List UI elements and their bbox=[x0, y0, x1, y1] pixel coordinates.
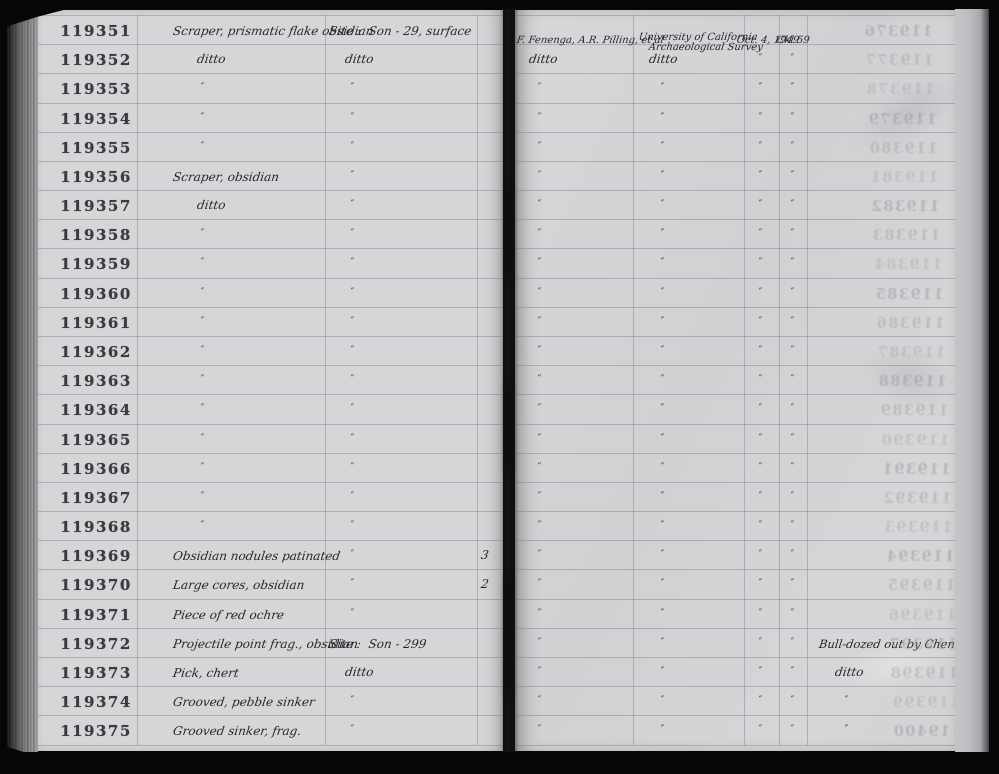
date: ″ bbox=[748, 170, 774, 181]
catalog-number: 119351 bbox=[50, 22, 142, 40]
photo-frame-top bbox=[0, 0, 999, 9]
site: ″ bbox=[340, 141, 366, 152]
institution: ditto bbox=[648, 52, 678, 67]
rule-line bbox=[38, 219, 503, 220]
rule-line bbox=[38, 365, 503, 366]
bleed-through-number: 119397 bbox=[881, 636, 965, 653]
description: ″ bbox=[190, 403, 216, 414]
bleed-through-number: 119394 bbox=[878, 548, 962, 565]
description: ditto bbox=[196, 198, 226, 213]
catalog-number: 119355 bbox=[50, 139, 142, 157]
rule-line bbox=[38, 569, 503, 570]
catalog-note: ″ bbox=[780, 199, 806, 210]
institution: ″ bbox=[650, 520, 676, 531]
catalog-note: ″ bbox=[780, 228, 806, 239]
catalog-number: 119360 bbox=[50, 285, 142, 303]
rule-line bbox=[516, 365, 956, 366]
institution: ″ bbox=[650, 462, 676, 473]
spine-shadow bbox=[505, 380, 513, 475]
photo-frame-left bbox=[0, 0, 7, 774]
rule-line bbox=[38, 424, 503, 425]
description: Large cores, obsidian bbox=[172, 578, 305, 593]
catalog-number: 119370 bbox=[50, 576, 142, 594]
institution: ″ bbox=[650, 112, 676, 123]
description: ″ bbox=[190, 141, 216, 152]
rule-line bbox=[38, 540, 503, 541]
catalog-note: ″ bbox=[780, 462, 806, 473]
catalog-number: 119356 bbox=[50, 168, 142, 186]
column-line bbox=[744, 15, 745, 745]
bleed-through-number: 119391 bbox=[874, 461, 958, 478]
institution: ″ bbox=[650, 316, 676, 327]
catalog-note: ″ bbox=[780, 287, 806, 298]
photo-frame-right bbox=[989, 0, 999, 774]
institution: ″ bbox=[650, 637, 676, 648]
site: Site : Son - 299 bbox=[328, 637, 427, 652]
site: ″ bbox=[340, 287, 366, 298]
rule-line bbox=[38, 745, 503, 746]
catalog-note: ″ bbox=[780, 637, 806, 648]
catalog-note: ″ bbox=[780, 491, 806, 502]
collector: ″ bbox=[527, 316, 553, 327]
rule-line bbox=[516, 540, 956, 541]
rule-line bbox=[516, 686, 956, 687]
rule-line bbox=[516, 103, 956, 104]
site: ″ bbox=[340, 724, 366, 735]
rule-line bbox=[516, 511, 956, 512]
ledger-photo: { "colors": { "ink": "#26262a", "stamp_i… bbox=[0, 0, 999, 774]
catalog-note: ″ bbox=[780, 112, 806, 123]
catalog-note: ″ bbox=[780, 666, 806, 677]
catalog-note: ″ bbox=[780, 695, 806, 706]
rule-line bbox=[38, 628, 503, 629]
collector: ″ bbox=[527, 520, 553, 531]
institution: ″ bbox=[650, 695, 676, 706]
description: Grooved, pebble sinker bbox=[172, 695, 316, 710]
rule-line bbox=[38, 161, 503, 162]
column-line bbox=[633, 15, 634, 745]
catalog-number: 119364 bbox=[50, 401, 142, 419]
description: Obsidian nodules patinated bbox=[172, 549, 341, 564]
collector: ″ bbox=[527, 724, 553, 735]
description: ″ bbox=[190, 374, 216, 385]
bleed-through-number: 119382 bbox=[863, 198, 947, 215]
catalog-number: 119352 bbox=[50, 51, 142, 69]
description: ″ bbox=[190, 491, 216, 502]
collector: ″ bbox=[527, 112, 553, 123]
rule-line bbox=[516, 599, 956, 600]
rule-line bbox=[38, 132, 503, 133]
bleed-through-number: 119393 bbox=[876, 519, 960, 536]
bleed-through-number: 119392 bbox=[875, 490, 959, 507]
institution: ″ bbox=[650, 141, 676, 152]
site: ″ bbox=[340, 316, 366, 327]
date: ″ bbox=[748, 695, 774, 706]
rule-line bbox=[516, 482, 956, 483]
collector: ″ bbox=[527, 170, 553, 181]
site: ″ bbox=[340, 520, 366, 531]
rule-line bbox=[38, 394, 503, 395]
date: ″ bbox=[748, 666, 774, 677]
date: ″ bbox=[748, 345, 774, 356]
catalog-number: 119368 bbox=[50, 518, 142, 536]
catalog-number: 119366 bbox=[50, 460, 142, 478]
bleed-through-number: 119379 bbox=[860, 111, 944, 128]
catalog-number: 119358 bbox=[50, 226, 142, 244]
rule-line bbox=[38, 599, 503, 600]
date: ″ bbox=[748, 462, 774, 473]
site: ″ bbox=[340, 199, 366, 210]
collector: ″ bbox=[527, 345, 553, 356]
site: ″ bbox=[340, 228, 366, 239]
institution: ″ bbox=[650, 228, 676, 239]
site: ″ bbox=[340, 345, 366, 356]
collector: ″ bbox=[527, 462, 553, 473]
institution: ″ bbox=[650, 549, 676, 560]
site: ditto bbox=[344, 665, 374, 680]
institution: ″ bbox=[650, 491, 676, 502]
spine-shadow bbox=[505, 185, 513, 280]
site: ″ bbox=[340, 374, 366, 385]
remarks: ditto bbox=[834, 665, 864, 680]
collector: ″ bbox=[527, 433, 553, 444]
date: ″ bbox=[748, 608, 774, 619]
rule-line bbox=[516, 278, 956, 279]
rule-line bbox=[516, 15, 956, 16]
rule-line bbox=[38, 657, 503, 658]
institution: ″ bbox=[650, 403, 676, 414]
spine-shadow bbox=[505, 575, 513, 700]
date: ″ bbox=[748, 141, 774, 152]
date: ″ bbox=[748, 228, 774, 239]
page-right-edge bbox=[955, 9, 991, 755]
rule-line bbox=[38, 73, 503, 74]
catalog-number: 119353 bbox=[50, 80, 142, 98]
description: ″ bbox=[190, 82, 216, 93]
catalog-number: 119372 bbox=[50, 635, 142, 653]
rule-line bbox=[38, 103, 503, 104]
rule-line bbox=[38, 453, 503, 454]
site: ditto bbox=[344, 52, 374, 67]
catalog-note: ″ bbox=[780, 403, 806, 414]
rule-line bbox=[38, 190, 503, 191]
catalog-note: ″ bbox=[780, 433, 806, 444]
collector: ″ bbox=[527, 695, 553, 706]
institution: ″ bbox=[650, 433, 676, 444]
bleed-through-number: 119395 bbox=[879, 577, 963, 594]
rule-line bbox=[516, 190, 956, 191]
site: ″ bbox=[340, 695, 366, 706]
institution: ″ bbox=[650, 345, 676, 356]
column-line bbox=[807, 15, 808, 745]
date: ″ bbox=[748, 112, 774, 123]
catalog-note: ″ bbox=[780, 374, 806, 385]
description: ″ bbox=[190, 257, 216, 268]
site: ″ bbox=[340, 170, 366, 181]
catalog-number: 119354 bbox=[50, 110, 142, 128]
description: Grooved sinker, frag. bbox=[172, 724, 302, 739]
page-stack-edges bbox=[7, 7, 38, 755]
column-line bbox=[477, 15, 478, 745]
bleed-through-number: 119381 bbox=[862, 169, 946, 186]
date: ″ bbox=[748, 82, 774, 93]
count: 3 bbox=[480, 548, 502, 563]
collector: ″ bbox=[527, 666, 553, 677]
catalog-note: ″ bbox=[780, 53, 806, 64]
catalog-note: ″ bbox=[780, 578, 806, 589]
collector: ″ bbox=[527, 374, 553, 385]
description: Piece of red ochre bbox=[172, 608, 285, 623]
rule-line bbox=[516, 453, 956, 454]
catalog-note: ″ bbox=[780, 608, 806, 619]
bleed-through-number: 119396 bbox=[880, 607, 964, 624]
rule-line bbox=[516, 394, 956, 395]
collector: ditto bbox=[528, 52, 558, 67]
catalog-note: ″ bbox=[780, 141, 806, 152]
description: Pick, chert bbox=[172, 666, 240, 681]
rule-line bbox=[38, 44, 503, 45]
collector: ″ bbox=[527, 578, 553, 589]
catalog-number: 119373 bbox=[50, 664, 142, 682]
bleed-through-number: 119387 bbox=[869, 344, 953, 361]
rule-line bbox=[38, 336, 503, 337]
site: ″ bbox=[340, 112, 366, 123]
description: ″ bbox=[190, 462, 216, 473]
collector: ″ bbox=[527, 82, 553, 93]
collector: ″ bbox=[527, 199, 553, 210]
date: ″ bbox=[748, 403, 774, 414]
institution: ″ bbox=[650, 287, 676, 298]
site: ″ bbox=[340, 82, 366, 93]
rule-line bbox=[38, 511, 503, 512]
catalog-number: 119365 bbox=[50, 431, 142, 449]
remarks: ″ bbox=[834, 695, 860, 706]
date: ″ bbox=[748, 287, 774, 298]
bleed-through-number: 119385 bbox=[867, 286, 951, 303]
date: ″ bbox=[748, 374, 774, 385]
institution: ″ bbox=[650, 257, 676, 268]
bleed-through-number: 119389 bbox=[872, 402, 956, 419]
site: ″ bbox=[340, 462, 366, 473]
rule-line bbox=[516, 336, 956, 337]
catalog-number: 119362 bbox=[50, 343, 142, 361]
description: ″ bbox=[190, 228, 216, 239]
collector: ″ bbox=[527, 228, 553, 239]
catalog-note: ″ bbox=[780, 549, 806, 560]
rule-line bbox=[516, 424, 956, 425]
collector: ″ bbox=[527, 403, 553, 414]
collector: ″ bbox=[527, 608, 553, 619]
date: ″ bbox=[748, 257, 774, 268]
collector: ″ bbox=[527, 141, 553, 152]
catalog-number: 119374 bbox=[50, 693, 142, 711]
description: Scraper, obsidian bbox=[172, 170, 280, 185]
rule-line bbox=[516, 745, 956, 746]
count: 2 bbox=[480, 577, 502, 592]
bleed-through-number: 119384 bbox=[866, 256, 950, 273]
collector: ″ bbox=[527, 637, 553, 648]
site: ″ bbox=[340, 578, 366, 589]
catalog-note: ″ bbox=[780, 257, 806, 268]
date: ″ bbox=[748, 316, 774, 327]
institution: ″ bbox=[650, 170, 676, 181]
rule-line bbox=[516, 248, 956, 249]
description: ″ bbox=[190, 316, 216, 327]
description: ″ bbox=[190, 520, 216, 531]
site: ″ bbox=[340, 433, 366, 444]
collector: ″ bbox=[527, 287, 553, 298]
description: ″ bbox=[190, 345, 216, 356]
photo-frame-bottom bbox=[0, 752, 999, 774]
rule-line bbox=[38, 482, 503, 483]
rule-line bbox=[516, 569, 956, 570]
institution: ″ bbox=[650, 608, 676, 619]
rule-line bbox=[516, 307, 956, 308]
site: ″ bbox=[340, 403, 366, 414]
date: ″ bbox=[748, 53, 774, 64]
rule-line bbox=[38, 307, 503, 308]
date: ″ bbox=[748, 637, 774, 648]
catalog-note: ″ bbox=[780, 520, 806, 531]
rule-line bbox=[38, 686, 503, 687]
rule-line bbox=[38, 15, 503, 16]
catalog-number: 119357 bbox=[50, 197, 142, 215]
date: ″ bbox=[748, 520, 774, 531]
date: ″ bbox=[748, 199, 774, 210]
collector: ″ bbox=[527, 257, 553, 268]
institution: ″ bbox=[650, 374, 676, 385]
bleed-through-number: 119377 bbox=[857, 52, 941, 69]
catalog-number: 119367 bbox=[50, 489, 142, 507]
rule-line bbox=[516, 132, 956, 133]
catalog-note: ″ bbox=[780, 170, 806, 181]
rule-line bbox=[516, 161, 956, 162]
site: ″ bbox=[340, 608, 366, 619]
bleed-through-number: 119380 bbox=[861, 140, 945, 157]
catalog-number: 119361 bbox=[50, 314, 142, 332]
rule-line bbox=[516, 715, 956, 716]
site: ″ bbox=[340, 257, 366, 268]
rule-line bbox=[516, 628, 956, 629]
catalog-note: ″ bbox=[780, 724, 806, 735]
date: ″ bbox=[748, 549, 774, 560]
remarks: ″ bbox=[834, 724, 860, 735]
description: ″ bbox=[190, 287, 216, 298]
catalog-note: ″ bbox=[780, 345, 806, 356]
rule-line bbox=[38, 715, 503, 716]
rule-line bbox=[516, 657, 956, 658]
catalog-note: Ckl 59 bbox=[776, 35, 810, 46]
institution: ″ bbox=[650, 82, 676, 93]
site: ″ bbox=[340, 491, 366, 502]
bleed-through-number: 119383 bbox=[864, 227, 948, 244]
date: ″ bbox=[748, 491, 774, 502]
bleed-through-number: 119390 bbox=[873, 432, 957, 449]
catalog-number: 119369 bbox=[50, 547, 142, 565]
bleed-through-number: 119386 bbox=[868, 315, 952, 332]
bleed-through-number: 119376 bbox=[856, 23, 940, 40]
institution: ″ bbox=[650, 578, 676, 589]
date: ″ bbox=[748, 578, 774, 589]
collector: ″ bbox=[527, 491, 553, 502]
date: ″ bbox=[748, 433, 774, 444]
institution: ″ bbox=[650, 724, 676, 735]
bleed-through-number: 119388 bbox=[870, 373, 954, 390]
description: ″ bbox=[190, 433, 216, 444]
catalog-number: 119375 bbox=[50, 722, 142, 740]
description: ″ bbox=[190, 112, 216, 123]
collector: ″ bbox=[527, 549, 553, 560]
rule-line bbox=[516, 219, 956, 220]
catalog-note: ″ bbox=[780, 316, 806, 327]
institution: ″ bbox=[650, 199, 676, 210]
catalog-note: ″ bbox=[780, 82, 806, 93]
column-line bbox=[325, 15, 326, 745]
rule-line bbox=[38, 248, 503, 249]
catalog-number: 119371 bbox=[50, 606, 142, 624]
bleed-through-number: 119398 bbox=[882, 665, 966, 682]
institution: ″ bbox=[650, 666, 676, 677]
catalog-number: 119359 bbox=[50, 255, 142, 273]
site: Site : Son - 29, surface bbox=[328, 24, 472, 39]
rule-line bbox=[38, 278, 503, 279]
rule-line bbox=[516, 73, 956, 74]
bleed-through-number: 119378 bbox=[858, 81, 942, 98]
description: ditto bbox=[196, 52, 226, 67]
catalog-number: 119363 bbox=[50, 372, 142, 390]
date: ″ bbox=[748, 724, 774, 735]
site: ″ bbox=[340, 549, 366, 560]
